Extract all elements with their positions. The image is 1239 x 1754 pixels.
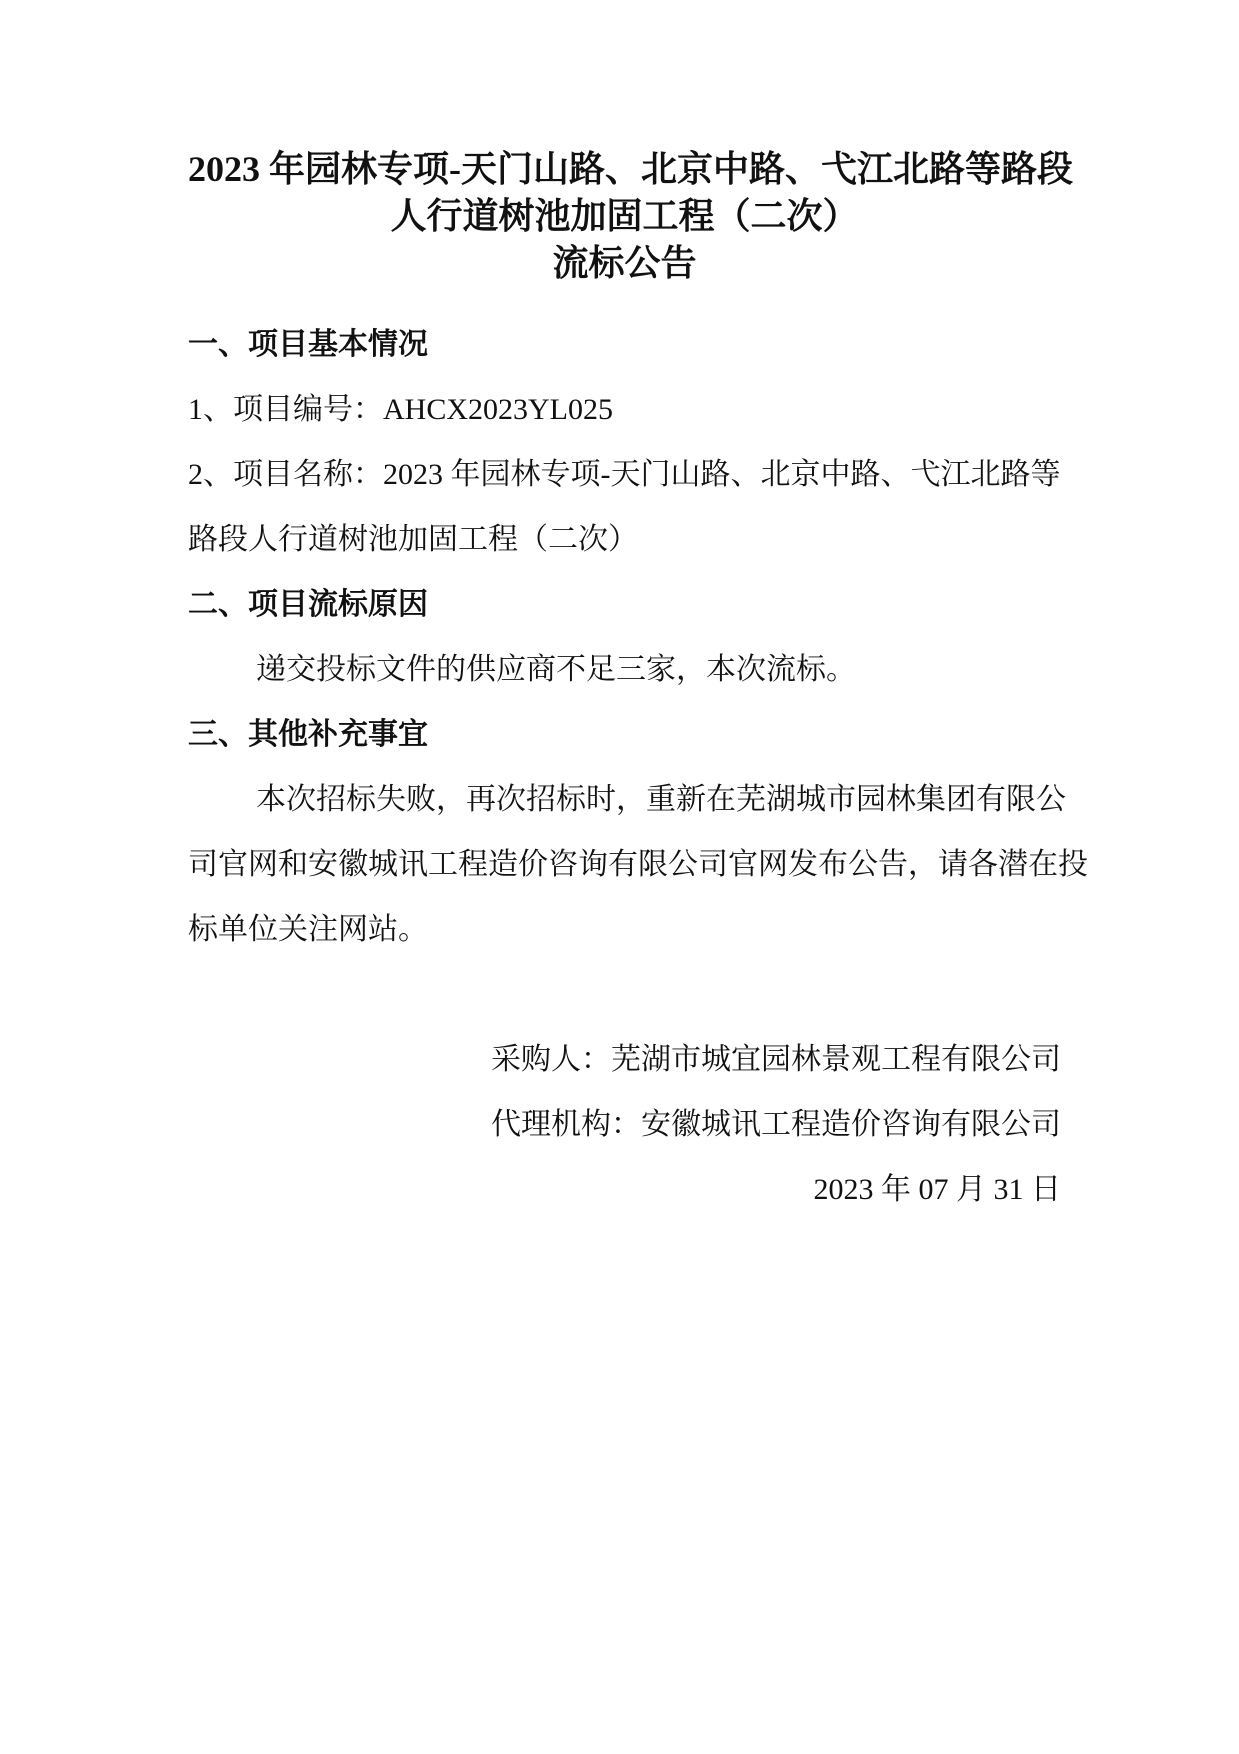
section-3-body-line-2: 司官网和安徽城讯工程造价咨询有限公司官网发布公告，请各潜在投 bbox=[188, 832, 1061, 897]
section-1-item-project-number: 1、项目编号：AHCX2023YL025 bbox=[188, 377, 1061, 442]
section-1-item-project-name-line-2: 路段人行道树池加固工程（二次） bbox=[188, 507, 1061, 572]
section-3-body-line-3: 标单位关注网站。 bbox=[188, 897, 1061, 962]
document-title-line-2: 人行道树池加固工程（二次） bbox=[188, 193, 1061, 240]
blank-line bbox=[188, 962, 1061, 1027]
document-body: 一、项目基本情况 1、项目编号：AHCX2023YL025 2、项目名称：202… bbox=[188, 312, 1061, 1222]
section-3-heading: 三、其他补充事宜 bbox=[188, 702, 1061, 767]
signature-date: 2023 年 07 月 31 日 bbox=[188, 1157, 1061, 1222]
document-title-line-3: 流标公告 bbox=[188, 240, 1061, 287]
document-page: 2023 年园林专项-天门山路、北京中路、弋江北路等路段 人行道树池加固工程（二… bbox=[0, 0, 1239, 1754]
signature-purchaser: 采购人：芜湖市城宜园林景观工程有限公司 bbox=[188, 1027, 1061, 1092]
document-title-line-1: 2023 年园林专项-天门山路、北京中路、弋江北路等路段 bbox=[188, 146, 1061, 193]
signature-agency: 代理机构：安徽城讯工程造价咨询有限公司 bbox=[188, 1092, 1061, 1157]
section-2-heading: 二、项目流标原因 bbox=[188, 572, 1061, 637]
section-2-body-line-1: 递交投标文件的供应商不足三家，本次流标。 bbox=[188, 637, 1061, 702]
section-3-body-line-1: 本次招标失败，再次招标时，重新在芜湖城市园林集团有限公 bbox=[188, 767, 1061, 832]
section-1-item-project-name-line-1: 2、项目名称：2023 年园林专项-天门山路、北京中路、弋江北路等 bbox=[188, 442, 1061, 507]
section-1-heading: 一、项目基本情况 bbox=[188, 312, 1061, 377]
document-title: 2023 年园林专项-天门山路、北京中路、弋江北路等路段 人行道树池加固工程（二… bbox=[188, 146, 1061, 287]
